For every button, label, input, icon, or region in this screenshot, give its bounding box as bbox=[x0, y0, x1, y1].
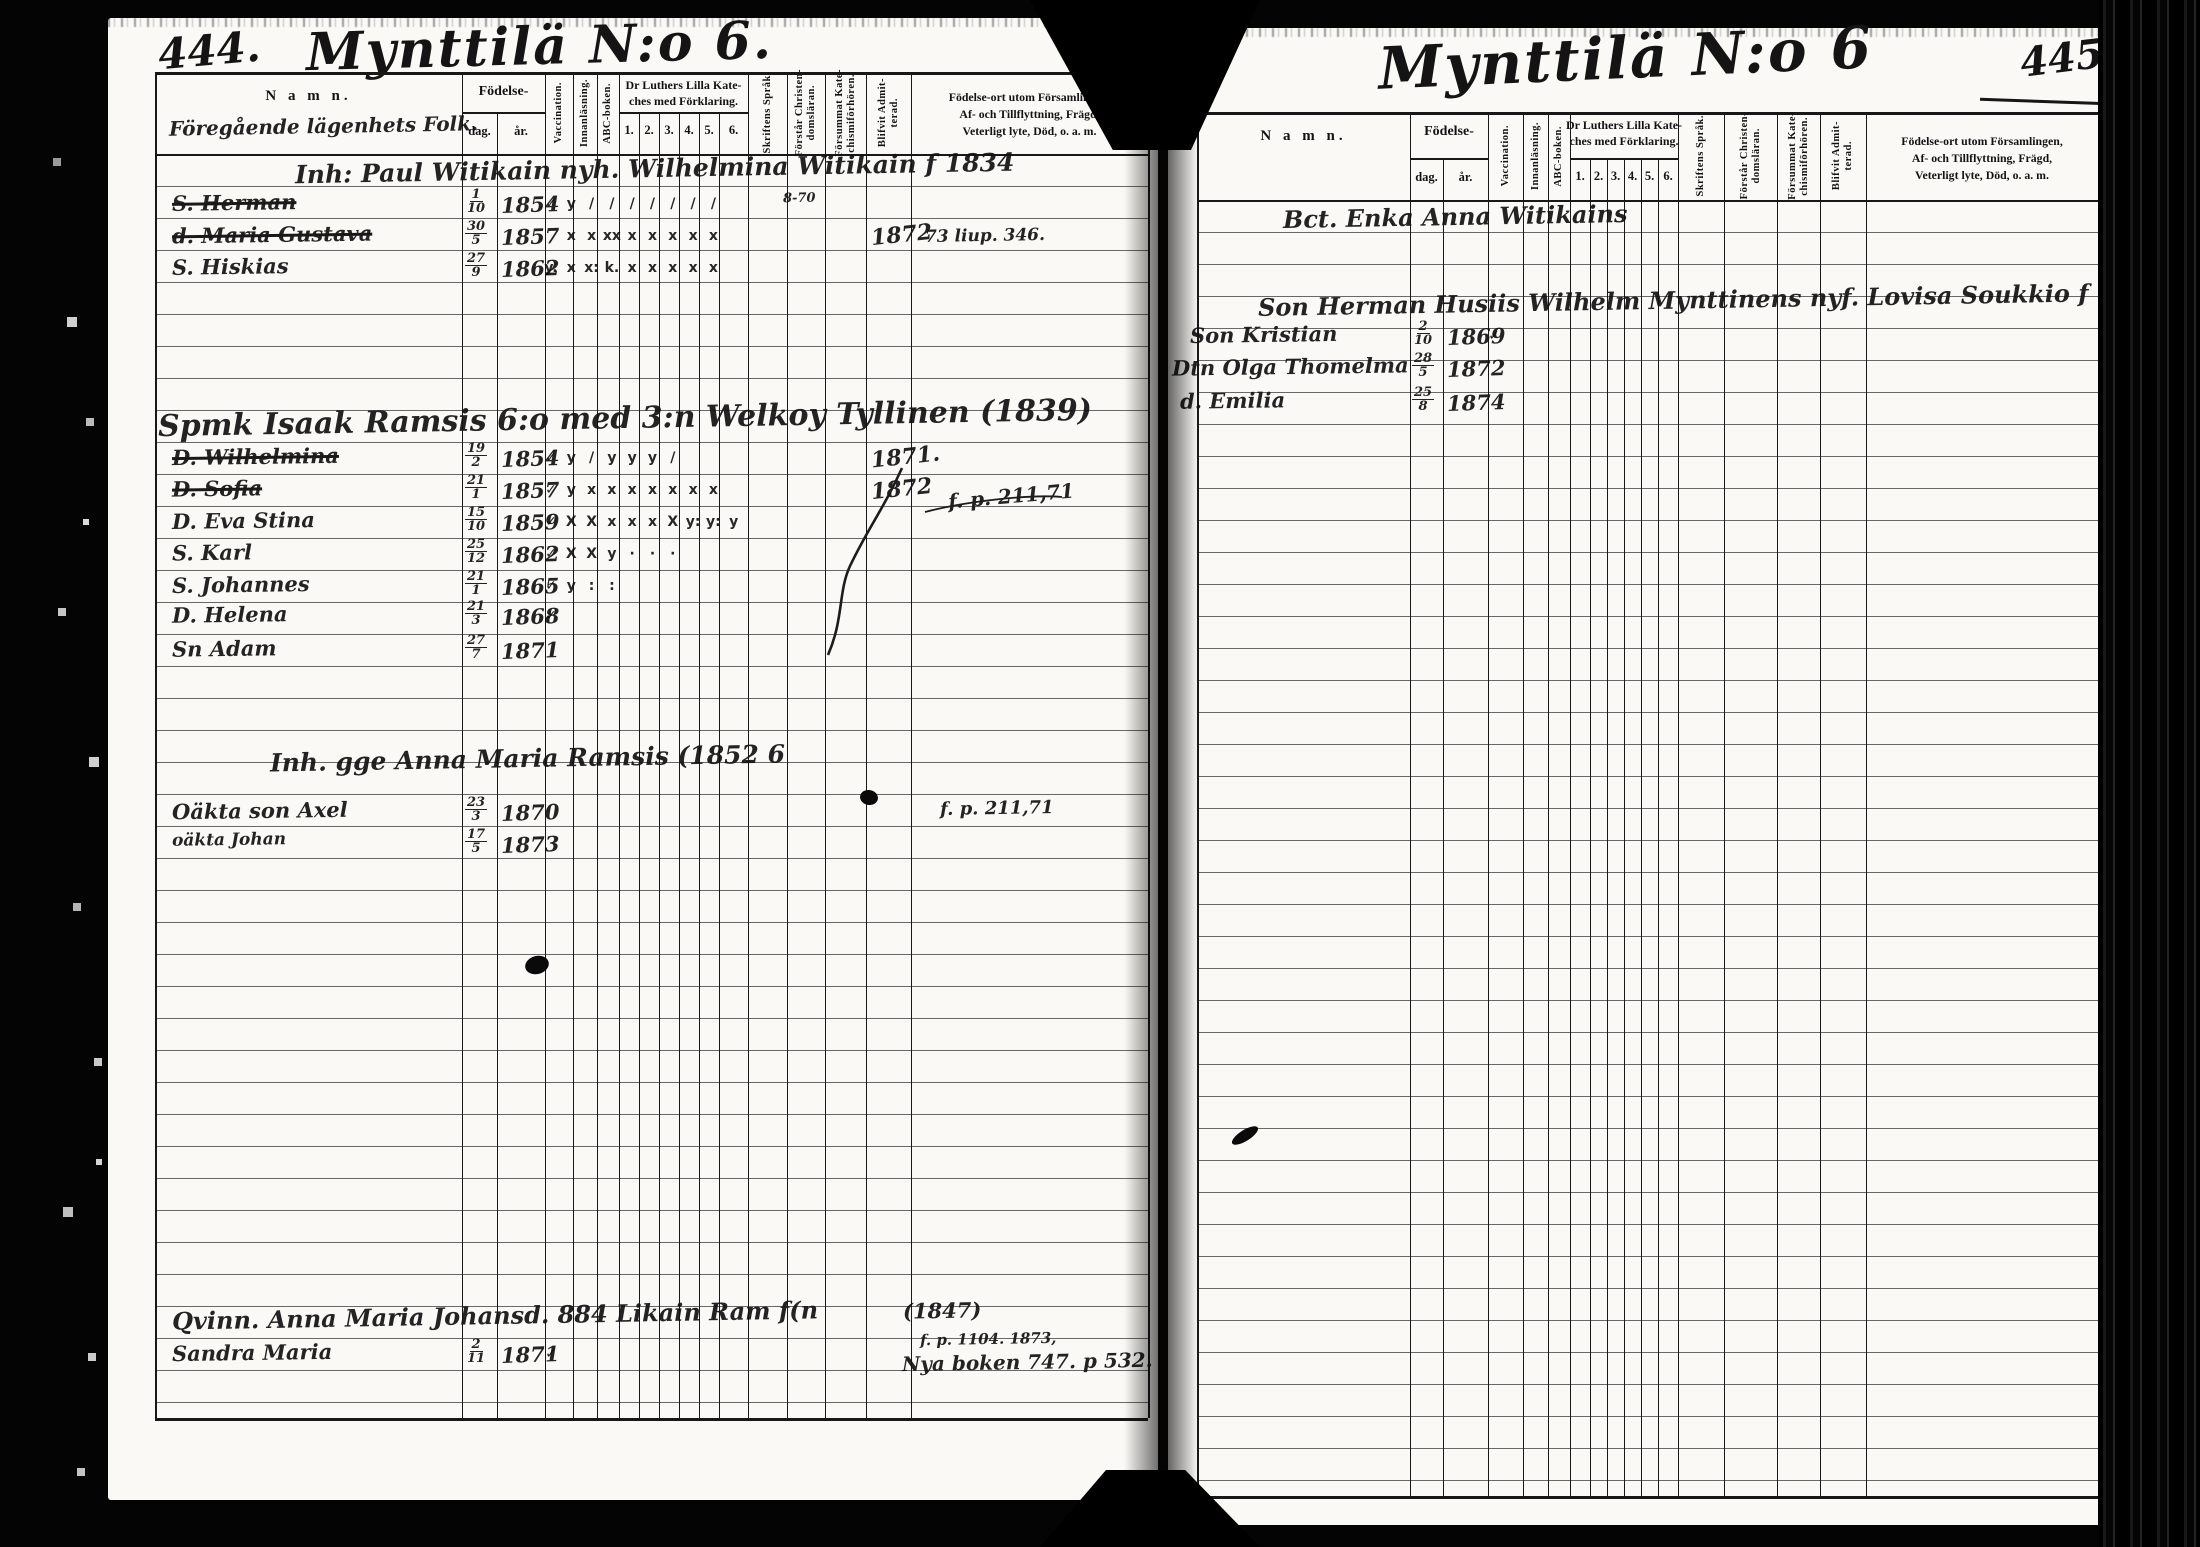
col-header-abc-boken: ABC-boken. bbox=[1548, 116, 1570, 196]
exam-mark: / bbox=[701, 196, 725, 212]
table-row-line bbox=[1197, 1384, 2098, 1385]
table-row-line bbox=[1197, 616, 2098, 617]
col-header-blifvit-admitterad: Blifvit Admit-terad. bbox=[866, 76, 911, 150]
col-header-katekes-num: 1. bbox=[619, 123, 639, 138]
table-row-line bbox=[1197, 936, 2098, 937]
handwritten-name: d. Maria Gustava bbox=[172, 223, 373, 247]
table-column-line bbox=[1148, 72, 1150, 1418]
col-header-blifvit-admitterad-text: Blifvit Admit- bbox=[877, 78, 889, 147]
col-header-blifvit-admitterad-text: terad. bbox=[1843, 141, 1855, 171]
table-column-line bbox=[911, 72, 912, 1418]
table-row-line bbox=[155, 282, 1148, 283]
exam-mark: · bbox=[661, 546, 685, 562]
handwritten-birth-year: 1871 bbox=[501, 639, 560, 662]
handwritten-annotation: 8-70 bbox=[783, 192, 816, 206]
handwritten-birth-day: 1510 bbox=[465, 506, 487, 533]
table-row-line bbox=[1197, 1320, 2098, 1321]
table-row-line bbox=[1197, 456, 2098, 457]
table-row-line bbox=[155, 986, 1148, 987]
handwritten-name: S. Johannes bbox=[172, 573, 310, 596]
col-header-forstar-christendomslaran-text: Förstår Christen- bbox=[794, 69, 806, 156]
table-column-line bbox=[1658, 158, 1659, 1496]
col-header-skriftens-sprak-text: Skriftens Språk. bbox=[1695, 115, 1707, 197]
handwritten-name: D. Eva Stina bbox=[172, 509, 315, 532]
table-row-line bbox=[155, 1018, 1148, 1019]
handwritten-birth-day: 279 bbox=[465, 252, 487, 279]
col-header-katekes-1: Dr Luthers Lilla Kate- bbox=[1570, 118, 1678, 133]
handwritten-birth-day: 175 bbox=[465, 828, 487, 855]
table-row-line bbox=[1197, 712, 2098, 713]
exam-mark: x bbox=[701, 228, 725, 244]
col-header-katekes-num: 4. bbox=[1624, 169, 1641, 184]
exam-mark: y bbox=[722, 514, 746, 530]
table-column-line bbox=[1820, 112, 1821, 1496]
handwritten-birth-year: 1873 bbox=[501, 833, 560, 856]
table-column-line bbox=[1678, 112, 1679, 1496]
handwritten-admitted-year: 1872 bbox=[870, 475, 933, 503]
handwritten-name: d. Emilia bbox=[1180, 389, 1285, 411]
col-header-forsummat-katechismiforhoren-text: chismiförhören. bbox=[846, 74, 858, 153]
col-header-sista-2: Af- och Tillflyttning, Frägd, bbox=[1866, 151, 2098, 166]
table-row-line bbox=[1197, 968, 2098, 969]
handwritten-birth-day: 285 bbox=[1412, 352, 1434, 379]
table-row-line bbox=[155, 1050, 1148, 1051]
table-column-line bbox=[787, 72, 788, 1418]
table-row-line bbox=[1197, 584, 2098, 585]
col-header-abc-boken: ABC-boken. bbox=[597, 76, 619, 150]
table-column-line bbox=[1523, 112, 1524, 1496]
col-header-forstar-christendomslaran-text: domsläran. bbox=[806, 85, 818, 140]
table-row-line bbox=[1197, 552, 2098, 553]
exam-mark: x bbox=[701, 482, 725, 498]
table-row-line bbox=[155, 1274, 1148, 1275]
col-header-katekes-num: 3. bbox=[659, 123, 679, 138]
table-row-line bbox=[1197, 744, 2098, 745]
table-row-line bbox=[155, 634, 1148, 635]
col-header-forstar-christendomslaran: Förstår Christen-domsläran. bbox=[1724, 116, 1777, 196]
col-header-fodelse: Födelse- bbox=[462, 84, 545, 100]
col-header-katekes-2: ches med Förklaring. bbox=[1570, 134, 1678, 149]
handwritten-birth-day: 213 bbox=[465, 600, 487, 627]
table-row-line bbox=[1197, 680, 2098, 681]
table-row-line bbox=[155, 474, 1148, 475]
handwritten-name: D. Sofia bbox=[172, 477, 262, 499]
table-row-line bbox=[155, 858, 1148, 859]
table-row-line bbox=[155, 698, 1148, 699]
table-column-line bbox=[825, 72, 826, 1418]
table-row-line bbox=[1197, 264, 2098, 265]
table-row-line bbox=[155, 922, 1148, 923]
col-header-sista-1: Födelse-ort utom Församlingen, bbox=[1866, 134, 2098, 149]
table-row-line bbox=[155, 346, 1148, 347]
exam-mark: ✓ bbox=[1483, 328, 1506, 344]
table-row-line bbox=[155, 666, 1148, 667]
exam-mark: / bbox=[661, 450, 685, 466]
col-header-vaccination: Vaccination. bbox=[545, 76, 573, 150]
handwritten-birth-day: 192 bbox=[465, 442, 487, 469]
handwritten-name: Sandra Maria bbox=[172, 1341, 332, 1364]
table-row-line bbox=[155, 218, 1148, 219]
handwritten-birth-day: 210 bbox=[1412, 320, 1434, 347]
handwritten-birth-day: 233 bbox=[465, 796, 487, 823]
col-header-blifvit-admitterad: Blifvit Admit-terad. bbox=[1820, 116, 1866, 196]
handwritten-name: S. Herman bbox=[172, 191, 297, 214]
left-page: 444. Mynttilä N:o 6. N a m n.Födelse-dag… bbox=[108, 18, 1158, 1500]
table-row-line bbox=[155, 1082, 1148, 1083]
table-row-line bbox=[155, 538, 1148, 539]
col-header-blifvit-admitterad-text: Blifvit Admit- bbox=[1831, 121, 1843, 190]
col-header-innanlasning: Innanläsning. bbox=[1523, 116, 1548, 196]
col-header-blifvit-admitterad-text: terad. bbox=[889, 98, 901, 128]
handwritten-annotation: 73 liup. 346. bbox=[925, 227, 1045, 246]
table-column-line bbox=[1724, 112, 1725, 1496]
right-register-table: N a m n.Födelse-dag.år.Dr Luthers Lilla … bbox=[1168, 28, 2102, 1525]
col-header-vaccination-text: Vaccination. bbox=[1500, 125, 1512, 186]
col-header-vaccination: Vaccination. bbox=[1488, 116, 1523, 196]
table-row-line bbox=[155, 314, 1148, 315]
handwritten-birth-day: 277 bbox=[465, 634, 487, 661]
handwritten-birth-day: 211 bbox=[465, 570, 487, 597]
handwritten-birth-year: 1872 bbox=[1447, 357, 1506, 380]
table-row-line bbox=[1197, 1480, 2098, 1481]
table-row-line bbox=[155, 1178, 1148, 1179]
table-row-line bbox=[1197, 1064, 2098, 1065]
col-header-namn: N a m n. bbox=[1197, 128, 1410, 145]
col-header-fodelse: Födelse- bbox=[1410, 124, 1488, 140]
table-column-line bbox=[1607, 158, 1608, 1496]
fodelse-sub-line bbox=[1410, 158, 1488, 160]
table-row-line bbox=[1197, 1448, 2098, 1449]
table-row-line bbox=[155, 794, 1148, 795]
table-column-line bbox=[155, 72, 157, 1418]
handwritten-family-heading: Bct. Enka Anna Witikains bbox=[1283, 202, 1628, 232]
handwritten-annotation: f. p. 211,71 bbox=[940, 799, 1054, 819]
table-row-line bbox=[1197, 648, 2098, 649]
table-row-line bbox=[1197, 1000, 2098, 1001]
handwritten-family-heading: Son Herman Husiis Wilhelm Mynttinens nyf… bbox=[1258, 280, 2164, 320]
handwritten-name: oäkta Johan bbox=[172, 831, 286, 850]
col-header-katekes-num: 3. bbox=[1607, 169, 1624, 184]
table-row-line bbox=[155, 826, 1148, 827]
table-row-line bbox=[155, 890, 1148, 891]
table-column-line bbox=[1590, 158, 1591, 1496]
table-row-line bbox=[1197, 424, 2098, 425]
handwritten-birth-year: 1870 bbox=[501, 801, 560, 824]
col-header-forsummat-katechismiforhoren: Försummat Kate-chismiförhören. bbox=[825, 76, 866, 150]
handwritten-birth-day: 305 bbox=[465, 220, 487, 247]
table-row-line bbox=[1197, 1032, 2098, 1033]
col-header-skriftens-sprak: Skriftens Språk. bbox=[748, 76, 787, 150]
col-header-forsummat-katechismiforhoren: Försummat Kate-chismiförhören. bbox=[1777, 116, 1820, 196]
table-row-line bbox=[1197, 488, 2098, 489]
table-row-line bbox=[1197, 904, 2098, 905]
col-header-katekes-num: 2. bbox=[1590, 169, 1607, 184]
col-header-forstar-christendomslaran-text: Förstår Christen- bbox=[1739, 112, 1751, 199]
table-row-line bbox=[155, 1402, 1148, 1403]
exam-mark: ✓ bbox=[539, 1346, 563, 1362]
col-header-katekes-num: 6. bbox=[1658, 169, 1678, 184]
table-row-line bbox=[155, 378, 1148, 379]
col-header-katekes-num: 5. bbox=[1641, 169, 1658, 184]
exam-mark: x bbox=[701, 260, 725, 276]
table-row-line bbox=[1197, 872, 2098, 873]
col-header-katekes-num: 6. bbox=[719, 123, 748, 138]
handwritten-birth-day: 211 bbox=[465, 1338, 487, 1365]
col-header-sista-3: Veterligt lyte, Död, o. a. m. bbox=[1866, 168, 2098, 183]
handwritten-family-heading: Inh. gge Anna Maria Ramsis (1852 6 bbox=[270, 742, 785, 776]
table-row-line bbox=[155, 250, 1148, 251]
exam-mark: ✓ bbox=[539, 608, 563, 624]
table-column-line bbox=[1624, 158, 1625, 1496]
handwritten-name: Oäkta son Axel bbox=[172, 799, 348, 822]
table-column-line bbox=[1866, 112, 1867, 1496]
table-row-line bbox=[155, 730, 1148, 731]
handwritten-birth-year: 1857 bbox=[501, 225, 560, 248]
table-column-line bbox=[1570, 112, 1571, 1496]
table-row-line bbox=[1197, 1096, 2098, 1097]
namn-column-handwritten-note: Föregående lägenhets Folk. bbox=[169, 113, 478, 138]
handwritten-annotation: f. p. 1104. 1873, bbox=[920, 1331, 1057, 1348]
handwritten-name: D. Helena bbox=[172, 603, 288, 626]
table-row-line bbox=[155, 1242, 1148, 1243]
table-bottom-border bbox=[1197, 1496, 2098, 1499]
table-row-line bbox=[1197, 1160, 2098, 1161]
header-bottom-line bbox=[1197, 200, 2098, 202]
handwritten-annotation: (1847) bbox=[903, 1299, 982, 1321]
col-header-abc-boken-text: ABC-boken. bbox=[1553, 126, 1565, 187]
col-header-namn: N a m n. bbox=[155, 88, 462, 105]
left-register-table: N a m n.Födelse-dag.år.Dr Luthers Lilla … bbox=[108, 18, 1158, 1500]
handwritten-family-heading: Qvinn. Anna Maria Johansd. 884 Likain Ra… bbox=[172, 1298, 818, 1333]
table-row-line bbox=[155, 1114, 1148, 1115]
handwritten-name: Dtn Olga Thomelma bbox=[1172, 354, 1409, 378]
col-header-katekes-1: Dr Luthers Lilla Kate- bbox=[619, 78, 748, 93]
col-header-skriftens-sprak-text: Skriftens Språk. bbox=[762, 72, 774, 154]
table-row-line bbox=[1197, 520, 2098, 521]
table-row-line bbox=[1197, 1256, 2098, 1257]
handwritten-name: S. Karl bbox=[172, 541, 252, 563]
col-header-katekes-num: 5. bbox=[699, 123, 719, 138]
table-row-line bbox=[1197, 840, 2098, 841]
col-header-innanlasning-text: Innanläsning. bbox=[579, 79, 591, 147]
table-row-line bbox=[1197, 1192, 2098, 1193]
table-top-border bbox=[1197, 112, 2098, 115]
col-header-ar: år. bbox=[497, 124, 545, 139]
col-header-forstar-christendomslaran-text: domsläran. bbox=[1751, 128, 1763, 183]
col-header-dag: dag. bbox=[1410, 170, 1443, 185]
table-row-line bbox=[1197, 1128, 2098, 1129]
col-header-vaccination-text: Vaccination. bbox=[553, 82, 565, 143]
table-row-line bbox=[155, 954, 1148, 955]
table-row-line bbox=[155, 602, 1148, 603]
handwritten-admitted-year: 1871. bbox=[870, 442, 941, 471]
col-header-innanlasning-text: Innanläsning. bbox=[1530, 122, 1542, 190]
col-header-katekes-num: 1. bbox=[1570, 169, 1590, 184]
table-top-border bbox=[155, 72, 1148, 75]
col-header-katekes-num: 4. bbox=[679, 123, 699, 138]
table-column-line bbox=[1197, 112, 1199, 1496]
col-header-forsummat-katechismiforhoren-text: Försummat Kate- bbox=[834, 69, 846, 157]
handwritten-name: Sn Adam bbox=[172, 637, 277, 659]
table-column-line bbox=[1443, 158, 1444, 1496]
col-header-abc-boken-text: ABC-boken. bbox=[602, 83, 614, 144]
exam-mark: : bbox=[600, 578, 624, 594]
handwritten-name: S. Hiskias bbox=[172, 255, 289, 278]
handwritten-birth-day: 211 bbox=[465, 474, 487, 501]
col-header-katekes-num: 2. bbox=[639, 123, 659, 138]
table-column-line bbox=[1641, 158, 1642, 1496]
book-scan: 444. Mynttilä N:o 6. N a m n.Födelse-dag… bbox=[0, 0, 2200, 1547]
table-column-line bbox=[1777, 112, 1778, 1496]
table-bottom-border bbox=[155, 1418, 1148, 1421]
col-header-forsummat-katechismiforhoren-text: Försummat Kate- bbox=[1787, 112, 1799, 200]
right-page: 445. Mynttilä N:o 6 N a m n.Födelse-dag.… bbox=[1168, 28, 2102, 1525]
handwritten-birth-day: 2512 bbox=[465, 538, 487, 565]
table-row-line bbox=[155, 1146, 1148, 1147]
table-row-line bbox=[1197, 1416, 2098, 1417]
table-row-line bbox=[1197, 808, 2098, 809]
handwritten-birth-year: 1874 bbox=[1447, 391, 1506, 414]
handwritten-annotation: Nya boken 747. p 532. bbox=[902, 1350, 1153, 1374]
col-header-katekes-2: ches med Förklaring. bbox=[619, 94, 748, 109]
handwritten-name: Son Kristian bbox=[1190, 323, 1338, 346]
table-row-line bbox=[1197, 1352, 2098, 1353]
scan-edge-speckles bbox=[0, 0, 4, 4]
table-column-line bbox=[1548, 112, 1549, 1496]
handwritten-birth-day: 110 bbox=[465, 188, 487, 215]
handwritten-birth-day: 258 bbox=[1412, 386, 1434, 413]
handwritten-family-heading: Spmk Isaak Ramsis 6:o med 3:n Welkoy Tyl… bbox=[158, 396, 1092, 442]
table-column-line bbox=[1488, 112, 1489, 1496]
handwritten-admitted-year: 1872 bbox=[870, 221, 933, 249]
table-row-line bbox=[1197, 776, 2098, 777]
col-header-innanlasning: Innanläsning. bbox=[573, 76, 597, 150]
col-header-ar: år. bbox=[1443, 170, 1488, 185]
table-column-line bbox=[866, 72, 867, 1418]
scan-edge-streaks bbox=[2098, 0, 2200, 1547]
col-header-skriftens-sprak: Skriftens Språk. bbox=[1678, 116, 1724, 196]
table-row-line bbox=[1197, 1288, 2098, 1289]
table-row-line bbox=[1197, 392, 2098, 393]
handwritten-name: D. Wilhelmina bbox=[172, 445, 339, 468]
table-row-line bbox=[155, 1210, 1148, 1211]
table-row-line bbox=[1197, 1224, 2098, 1225]
col-header-forstar-christendomslaran: Förstår Christen-domsläran. bbox=[787, 76, 825, 150]
col-header-forsummat-katechismiforhoren-text: chismiförhören. bbox=[1799, 117, 1811, 196]
